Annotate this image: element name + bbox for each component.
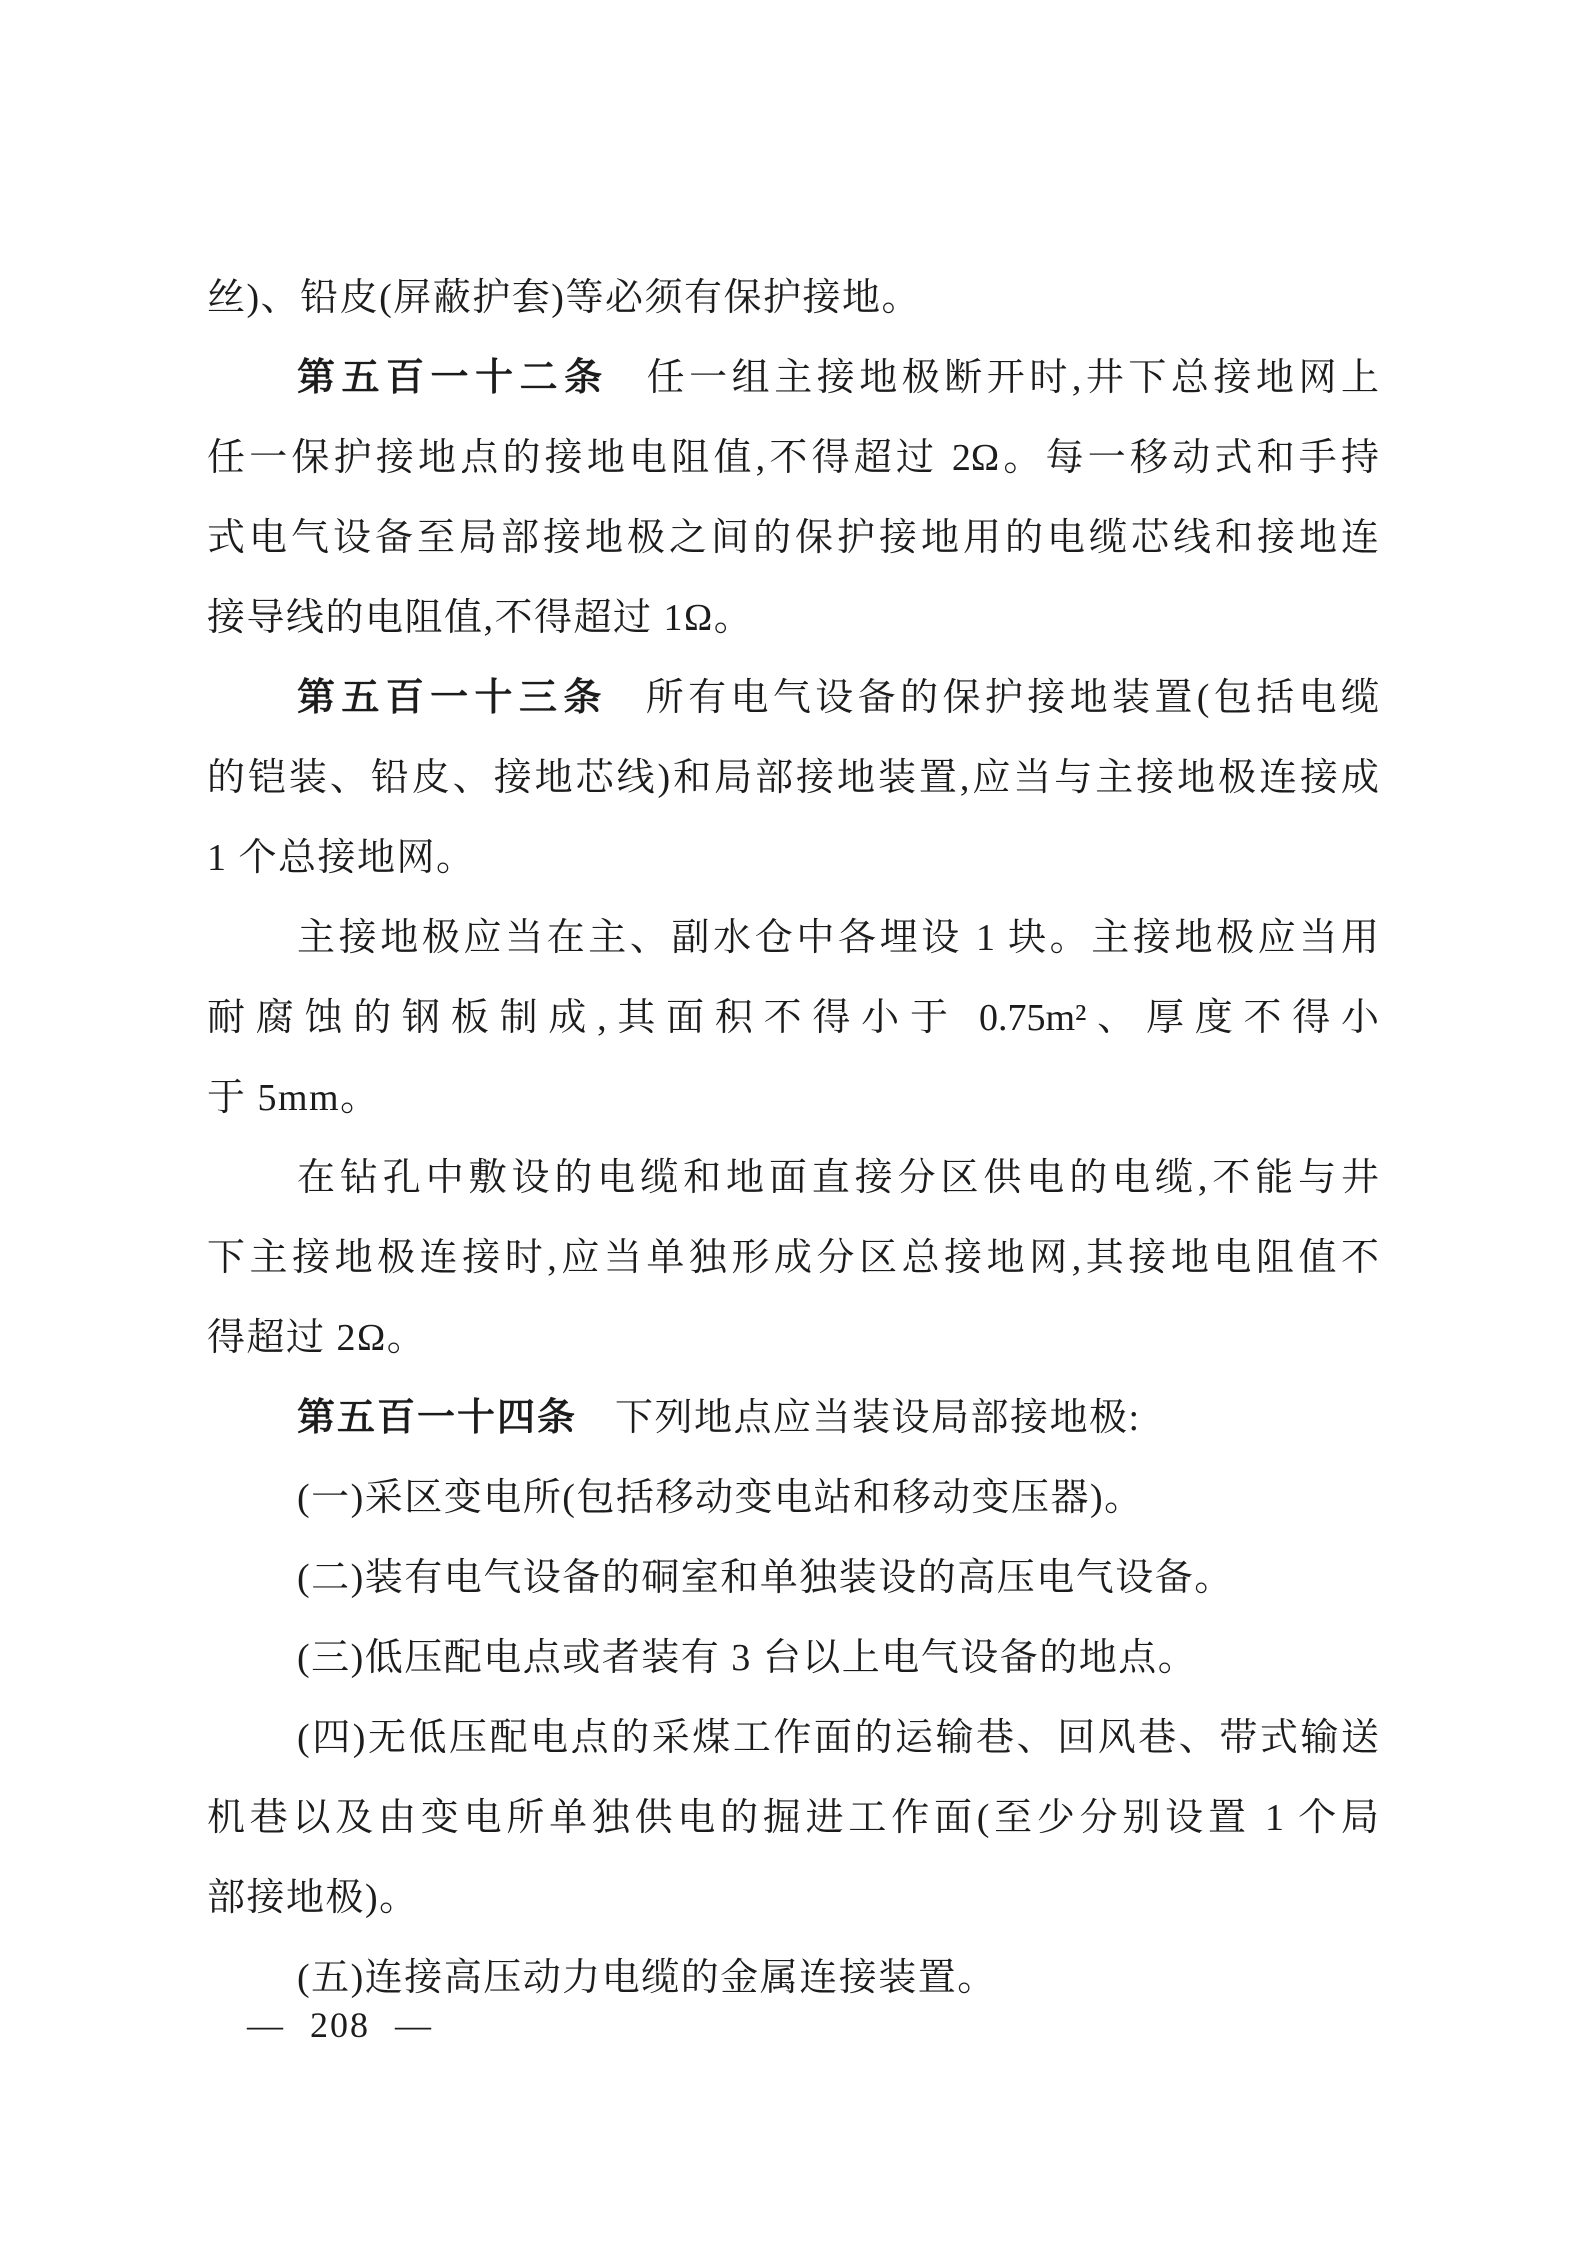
text-line-15: 第五百一十四条下列地点应当装设局部接地极: (207, 1378, 1379, 1458)
text-line-2: 第五百一十二条任一组主接地极断开时,井下总接地网上 (207, 338, 1379, 418)
text-line-13: 下主接地极连接时,应当单独形成分区总接地网,其接地电阻值不 (207, 1218, 1379, 1298)
text-line-4: 式电气设备至局部接地极之间的保护接地用的电缆芯线和接地连 (207, 498, 1379, 578)
text-line-17: (二)装有电气设备的硐室和单独装设的高压电气设备。 (207, 1538, 1379, 1618)
text-line-2-body: 任一组主接地极断开时,井下总接地网上 (647, 357, 1379, 399)
text-line-1: 丝)、铅皮(屏蔽护套)等必须有保护接地。 (207, 258, 1379, 338)
text-line-8: 1 个总接地网。 (207, 818, 1379, 898)
text-line-5: 接导线的电阻值,不得超过 1Ω。 (207, 578, 1379, 658)
text-line-7: 的铠装、铅皮、接地芯线)和局部接地装置,应当与主接地极连接成 (207, 738, 1379, 818)
text-line-19: (四)无低压配电点的采煤工作面的运输巷、回风巷、带式输送 (207, 1698, 1379, 1778)
page-number: — 208 — (247, 1985, 433, 2065)
article-number-514: 第五百一十四条 (297, 1397, 577, 1439)
text-line-20: 机巷以及由变电所单独供电的掘进工作面(至少分别设置 1 个局 (207, 1778, 1379, 1858)
text-block: 丝)、铅皮(屏蔽护套)等必须有保护接地。 第五百一十二条任一组主接地极断开时,井… (207, 258, 1379, 2018)
text-line-12: 在钻孔中敷设的电缆和地面直接分区供电的电缆,不能与井 (207, 1138, 1379, 1218)
text-line-10: 耐腐蚀的钢板制成,其面积不得小于 0.75m²、厚度不得小 (207, 978, 1379, 1058)
article-number-513: 第五百一十三条 (297, 677, 608, 719)
text-line-9: 主接地极应当在主、副水仓中各埋设 1 块。主接地极应当用 (207, 898, 1379, 978)
text-line-21: 部接地极)。 (207, 1858, 1379, 1938)
text-line-16: (一)采区变电所(包括移动变电站和移动变压器)。 (207, 1458, 1379, 1538)
text-line-3: 任一保护接地点的接地电阻值,不得超过 2Ω。每一移动式和手持 (207, 418, 1379, 498)
text-line-6: 第五百一十三条所有电气设备的保护接地装置(包括电缆 (207, 658, 1379, 738)
text-line-6-body: 所有电气设备的保护接地装置(包括电缆 (646, 677, 1379, 719)
article-number-512: 第五百一十二条 (297, 357, 609, 399)
text-line-15-body: 下列地点应当装设局部接地极: (615, 1397, 1141, 1439)
text-line-11: 于 5mm。 (207, 1058, 1379, 1138)
text-line-18: (三)低压配电点或者装有 3 台以上电气设备的地点。 (207, 1618, 1379, 1698)
text-line-14: 得超过 2Ω。 (207, 1298, 1379, 1378)
document-page: 丝)、铅皮(屏蔽护套)等必须有保护接地。 第五百一十二条任一组主接地极断开时,井… (0, 0, 1587, 2245)
